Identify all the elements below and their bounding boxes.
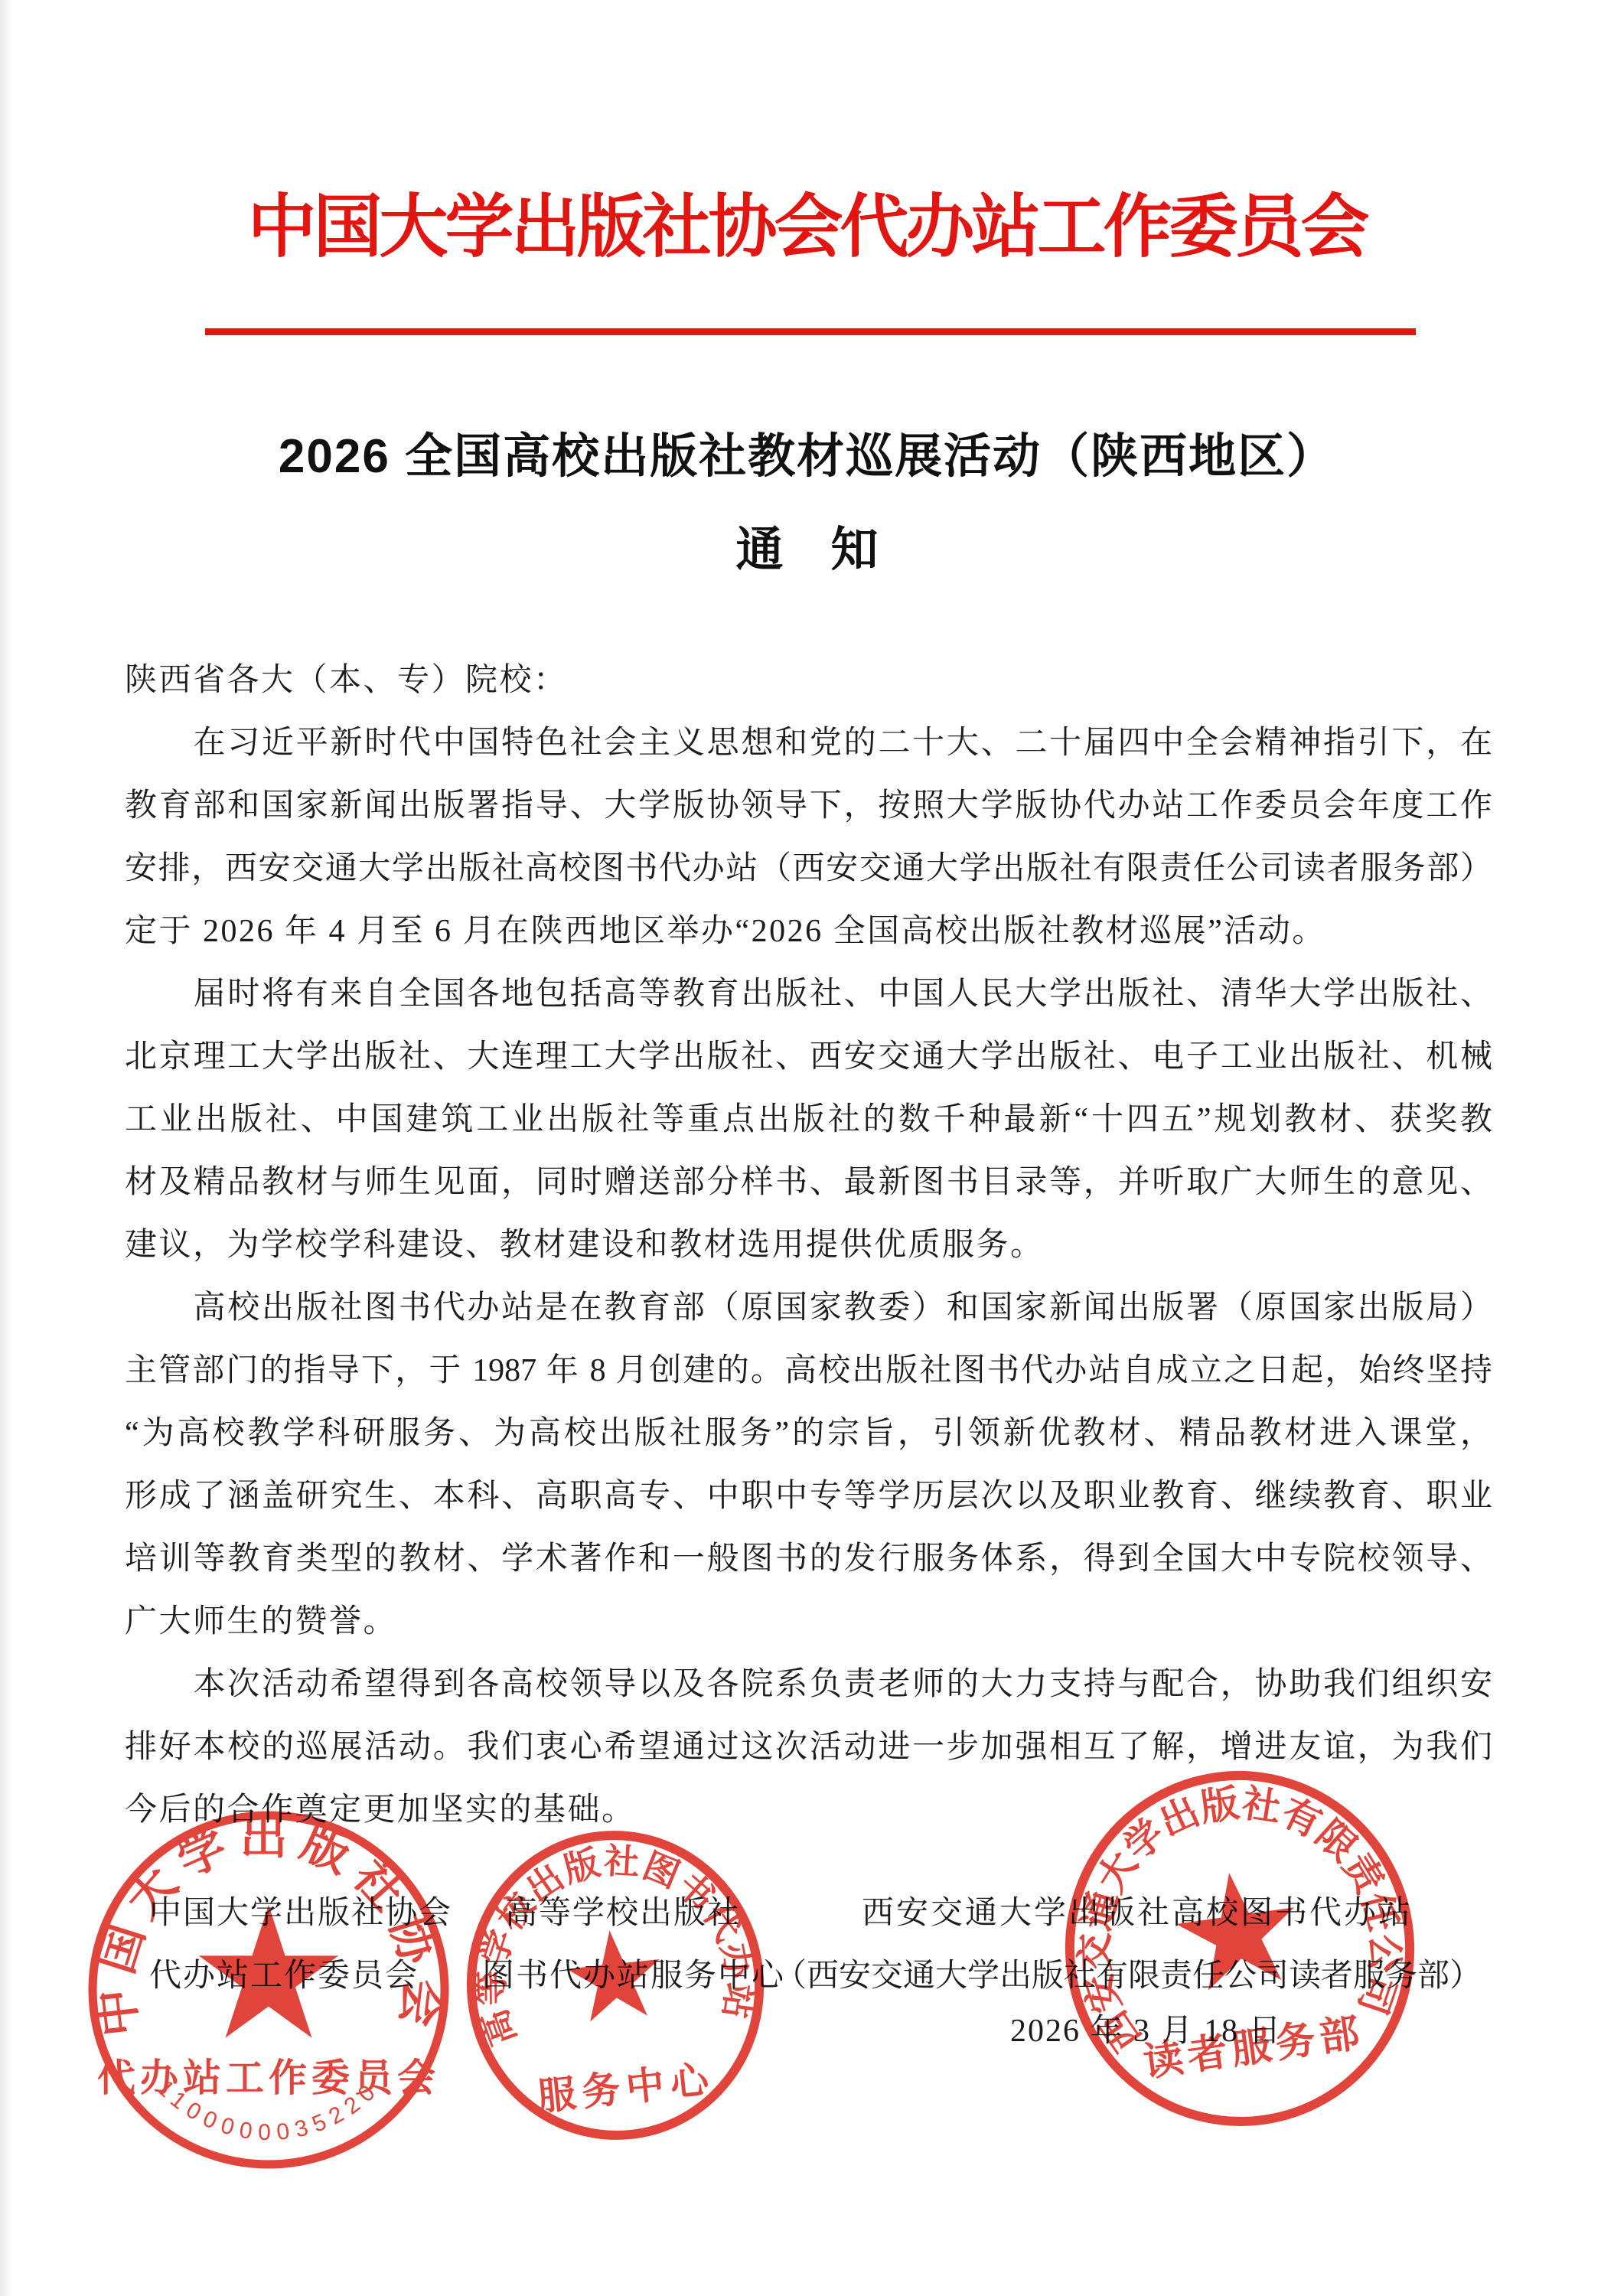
official-seal-reader-service: 西安交通大学出版社有限责任公司 读者服务部 [1062,1769,1418,2128]
letterhead-title: 中国大学出版社协会代办站工作委员会 [0,193,1614,262]
body-line: 安排，西安交通大学出版社高校图书代办站（西安交通大学出版社有限责任公司读者服务部… [125,837,1492,900]
body-line: 主管部门的指导下，于 1987 年 8 月创建的。高校出版社图书代办站自成立之日… [125,1339,1492,1402]
body-line: 定于 2026 年 4 月至 6 月在陕西地区举办“2026 全国高校出版社教材… [125,900,1492,963]
notice-title: 2026 全国高校出版社教材巡展活动（陕西地区） [0,433,1614,481]
body-line: 广大师生的赞誉。 [125,1590,1492,1653]
notice-subtitle: 通 知 [0,527,1614,574]
body-line: “为高校教学科研服务、为高校出版社服务”的宗旨，引领新优教材、精品教材进入课堂， [125,1402,1492,1465]
body-line: 届时将有来自全国各地包括高等教育出版社、中国人民大学出版社、清华大学出版社、 [125,963,1492,1026]
svg-text:高等学校出版社图书代办站: 高等学校出版社图书代办站 [465,1828,765,2052]
official-seal-service-center: 高等学校出版社图书代办站 服务中心 [465,1828,767,2143]
body-line: 北京理工大学出版社、大连理工大学出版社、西安交通大学出版社、电子工业出版社、机械 [125,1026,1492,1088]
body-line: 形成了涵盖研究生、本科、高职高专、中职中专等学历层次以及职业教育、继续教育、职业 [125,1465,1492,1528]
official-seal-committee: 中国大学出版社协会 代办站工作委员会 1100000035220 [81,1808,456,2175]
star-icon [563,1926,665,2024]
body-line: 高校出版社图书代办站是在教育部（原国家教委）和国家新闻出版署（原国家出版局） [125,1277,1492,1339]
body-line: 本次活动希望得到各高校领导以及各院系负责老师的大力支持与配合，协助我们组织安 [125,1653,1492,1716]
body-line: 在习近平新时代中国特色社会主义思想和党的二十大、二十届四中全会精神指引下，在 [125,712,1492,775]
scan-edge-artifact [0,0,12,2296]
body-line: 材及精品教材与师生见面，同时赠送部分样书、最新图书目录等，并听取广大师生的意见、 [125,1151,1492,1214]
body-line: 培训等教育类型的教材、学术著作和一般图书的发行服务体系，得到全国大中专院校领导、 [125,1528,1492,1590]
star-icon [1170,1864,1304,1994]
scanned-notice-page: 中国大学出版社协会代办站工作委员会 2026 全国高校出版社教材巡展活动（陕西地… [0,0,1614,2296]
seal-ring-text: 高等学校出版社图书代办站 [465,1828,765,2052]
letterhead-divider-line [205,328,1416,335]
notice-body: 陕西省各大（本、专）院校： 在习近平新时代中国特色社会主义思想和党的二十大、二十… [125,649,1492,1841]
body-line: 建议，为学校学科建设、教材建设和教材选用提供优质服务。 [125,1214,1492,1277]
body-line: 工业出版社、中国建筑工业出版社等重点出版社的数千种最新“十四五”规划教材、获奖教 [125,1088,1492,1151]
star-icon [199,1905,339,2038]
body-line: 教育部和国家新闻出版署指导、大学版协领导下，按照大学版协代办站工作委员会年度工作 [125,775,1492,837]
seal-center-text: 代办站工作委员会 [97,2056,440,2099]
seal-center-text: 读者服务部 [1141,2011,1367,2086]
salutation-line: 陕西省各大（本、专）院校： [125,649,1492,712]
